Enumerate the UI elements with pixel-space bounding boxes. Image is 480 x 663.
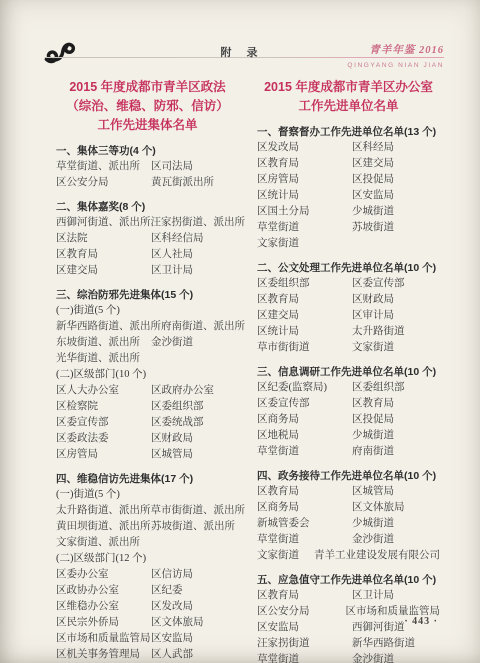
unit-name-row: 区房管局区投促局 bbox=[257, 172, 440, 188]
unit-name: 区科经局 bbox=[352, 140, 394, 156]
unit-name: 区教育局 bbox=[257, 156, 352, 172]
unit-name: 区财政局 bbox=[352, 292, 394, 308]
unit-name: 区教育局 bbox=[56, 247, 151, 263]
unit-name-row: 区统计局太升路街道 bbox=[257, 324, 440, 340]
unit-name: 区民宗外侨局 bbox=[56, 615, 151, 631]
unit-name: 区委组织部 bbox=[352, 380, 405, 396]
unit-name: 区法院 bbox=[56, 231, 151, 247]
unit-name: 区国土分局 bbox=[257, 204, 352, 220]
unit-name-row: 区委政法委区财政局 bbox=[56, 431, 239, 447]
unit-name-row: 文家街道、派出所 bbox=[56, 535, 239, 551]
unit-name: 草市街街道 bbox=[257, 340, 352, 356]
unit-name: 区公安分局 bbox=[257, 604, 346, 620]
unit-name: 金沙街道 bbox=[352, 652, 394, 663]
content-columns: 2015 年度成都市青羊区政法（综治、维稳、防邪、信访）工作先进集体名单一、集体… bbox=[56, 66, 440, 663]
unit-name-row: 区法院区科经信局 bbox=[56, 231, 239, 247]
unit-name: 区委统战部 bbox=[151, 415, 204, 431]
unit-name: 区文体旅局 bbox=[151, 615, 204, 631]
page-number: · 443 · bbox=[404, 616, 438, 627]
unit-name: 区科经信局 bbox=[151, 231, 204, 247]
right-column: 2015 年度成都市青羊区办公室工作先进单位名单一、督察督办工作先进单位名单(1… bbox=[257, 66, 440, 663]
unit-name: 黄田坝街道、派出所 bbox=[56, 519, 151, 535]
column-title-line: 工作先进集体名单 bbox=[56, 116, 239, 135]
unit-name: 区纪委 bbox=[151, 583, 183, 599]
unit-name-row: 草堂街道府南街道 bbox=[257, 444, 440, 460]
unit-name: 府南街道、派出所 bbox=[161, 319, 245, 335]
unit-name: 区检察院 bbox=[56, 399, 151, 415]
unit-name: 区安监局 bbox=[151, 631, 193, 647]
unit-name-row: 区委组织部区委宣传部 bbox=[257, 276, 440, 292]
unit-name-row: 区地税局少城街道 bbox=[257, 428, 440, 444]
unit-name: 区文体旅局 bbox=[352, 500, 405, 516]
unit-name: 草堂街道 bbox=[257, 532, 352, 548]
unit-name-row: 西御河街道、派出所汪家拐街道、派出所 bbox=[56, 215, 239, 231]
unit-name-row: 草市街街道文家街道 bbox=[257, 340, 440, 356]
unit-name: 区商务局 bbox=[257, 412, 352, 428]
section-heading: 三、信息调研工作先进单位名单(10 个) bbox=[257, 364, 440, 380]
unit-name: 少城街道 bbox=[352, 516, 394, 532]
column-title-line: 2015 年度成都市青羊区政法 bbox=[56, 78, 239, 97]
unit-name: 区房管局 bbox=[257, 172, 352, 188]
unit-name-row: 东坡街道、派出所金沙街道 bbox=[56, 335, 239, 351]
unit-name-row: 草堂街道、派出所区司法局 bbox=[56, 159, 239, 175]
unit-name-row: 文家街道 bbox=[257, 236, 440, 252]
unit-name: 区投促局 bbox=[352, 412, 394, 428]
unit-name-row: 太升路街道、派出所草市街街道、派出所 bbox=[56, 503, 239, 519]
section-heading: 一、督察督办工作先进单位名单(13 个) bbox=[257, 124, 440, 140]
unit-name: 黄瓦街派出所 bbox=[151, 175, 214, 191]
unit-name: 区教育局 bbox=[257, 484, 352, 500]
unit-name-row: 区统计局区安监局 bbox=[257, 188, 440, 204]
unit-name: 草堂街道 bbox=[257, 444, 352, 460]
unit-name: 草堂街道、派出所 bbox=[56, 159, 151, 175]
unit-name: 区人社局 bbox=[151, 247, 193, 263]
unit-name: 文家街道、派出所 bbox=[56, 535, 151, 551]
section-heading: 一、集体三等功(4 个) bbox=[56, 143, 239, 159]
unit-name: 区人大办公室 bbox=[56, 383, 151, 399]
unit-name: 区公安分局 bbox=[56, 175, 151, 191]
yearbook-title: 青羊年鉴 2016 bbox=[347, 42, 444, 57]
unit-name: 区纪委(监察局) bbox=[257, 380, 352, 396]
unit-name: 少城街道 bbox=[352, 428, 394, 444]
unit-name: 新华西路街道、派出所 bbox=[56, 319, 161, 335]
unit-name: 府南街道 bbox=[352, 444, 394, 460]
section: 一、督察督办工作先进单位名单(13 个)区发改局区科经局区教育局区建交局区房管局… bbox=[257, 124, 440, 252]
unit-name: 区教育局 bbox=[257, 588, 352, 604]
unit-name-row: 区教育局区人社局 bbox=[56, 247, 239, 263]
unit-name: 区商务局 bbox=[257, 500, 352, 516]
unit-name: 区城管局 bbox=[352, 484, 394, 500]
unit-name: 新华西路街道 bbox=[352, 636, 415, 652]
unit-name: 区委宣传部 bbox=[56, 415, 151, 431]
unit-name-row: 草堂街道金沙街道 bbox=[257, 652, 440, 663]
unit-name: 区委宣传部 bbox=[352, 276, 405, 292]
section: 三、信息调研工作先进单位名单(10 个)区纪委(监察局)区委组织部区委宣传部区教… bbox=[257, 364, 440, 460]
unit-name: 区建交局 bbox=[352, 156, 394, 172]
unit-name: 区卫计局 bbox=[352, 588, 394, 604]
unit-name: 太升路街道 bbox=[352, 324, 405, 340]
section: 四、政务接待工作先进单位名单(10 个)区教育局区城管局区商务局区文体旅局新城管… bbox=[257, 468, 440, 564]
unit-name-row: 区商务局区文体旅局 bbox=[257, 500, 440, 516]
unit-name: 区教育局 bbox=[257, 292, 352, 308]
unit-name-row: 区委宣传部区委统战部 bbox=[56, 415, 239, 431]
unit-name-row: 文家街道青羊工业建设发展有限公司 bbox=[257, 548, 440, 564]
section-heading: 二、公文处理工作先进单位名单(10 个) bbox=[257, 260, 440, 276]
unit-name: 汪家拐街道、派出所 bbox=[151, 215, 246, 231]
unit-name: 金沙街道 bbox=[151, 335, 193, 351]
section-heading: 二、集体嘉奖(8 个) bbox=[56, 199, 239, 215]
unit-name-row: 黄田坝街道、派出所苏坡街道、派出所 bbox=[56, 519, 239, 535]
unit-name-row: 光华街道、派出所 bbox=[56, 351, 239, 367]
unit-name: 区委办公室 bbox=[56, 567, 151, 583]
left-column: 2015 年度成都市青羊区政法（综治、维稳、防邪、信访）工作先进集体名单一、集体… bbox=[56, 66, 239, 663]
unit-name: 区教育局 bbox=[352, 396, 394, 412]
unit-name: 区市场和质量监管局 bbox=[56, 631, 151, 647]
section: 二、公文处理工作先进单位名单(10 个)区委组织部区委宣传部区教育局区财政局区建… bbox=[257, 260, 440, 356]
unit-name: 区审计局 bbox=[352, 308, 394, 324]
unit-name-row: 新城管委会少城街道 bbox=[257, 516, 440, 532]
unit-name: 区统计局 bbox=[257, 188, 352, 204]
unit-name: 区委组织部 bbox=[151, 399, 204, 415]
unit-name-row: 区发改局区科经局 bbox=[257, 140, 440, 156]
unit-name: 区投促局 bbox=[352, 172, 394, 188]
unit-name: 区维稳办公室 bbox=[56, 599, 151, 615]
unit-name: 区安监局 bbox=[352, 188, 394, 204]
section: 一、集体三等功(4 个)草堂街道、派出所区司法局区公安分局黄瓦街派出所 bbox=[56, 143, 239, 191]
unit-name: 区委宣传部 bbox=[257, 396, 352, 412]
unit-name-row: 区民宗外侨局区文体旅局 bbox=[56, 615, 239, 631]
unit-name: 金沙街道 bbox=[352, 532, 394, 548]
unit-name-row: 区维稳办公室区发改局 bbox=[56, 599, 239, 615]
unit-name: 苏坡街道 bbox=[352, 220, 394, 236]
column-title-line: （综治、维稳、防邪、信访） bbox=[56, 97, 239, 116]
unit-name: 新城管委会 bbox=[257, 516, 352, 532]
column-title: 2015 年度成都市青羊区政法（综治、维稳、防邪、信访）工作先进集体名单 bbox=[56, 78, 239, 135]
unit-name: 区房管局 bbox=[56, 447, 151, 463]
unit-name: 苏坡街道、派出所 bbox=[151, 519, 235, 535]
unit-name: 光华街道、派出所 bbox=[56, 351, 151, 367]
unit-name: 区统计局 bbox=[257, 324, 352, 340]
unit-name-row: 区国土分局少城街道 bbox=[257, 204, 440, 220]
unit-name: 区委政法委 bbox=[56, 431, 151, 447]
unit-name: 少城街道 bbox=[352, 204, 394, 220]
unit-name: 汪家拐街道 bbox=[257, 636, 352, 652]
unit-name-row: 区教育局区卫计局 bbox=[257, 588, 440, 604]
unit-name: 区政协办公室 bbox=[56, 583, 151, 599]
unit-name: 区财政局 bbox=[151, 431, 193, 447]
unit-name-row: 区公安分局黄瓦街派出所 bbox=[56, 175, 239, 191]
subsection-heading: (一)街道(5 个) bbox=[56, 487, 239, 503]
unit-name-row: 区纪委(监察局)区委组织部 bbox=[257, 380, 440, 396]
unit-name: 西御河街道 bbox=[352, 620, 405, 636]
column-title-line: 工作先进单位名单 bbox=[257, 97, 440, 116]
unit-name: 区城管局 bbox=[151, 447, 193, 463]
unit-name: 区安监局 bbox=[257, 620, 352, 636]
subsection-heading: (一)街道(5 个) bbox=[56, 303, 239, 319]
unit-name: 区地税局 bbox=[257, 428, 352, 444]
unit-name: 区司法局 bbox=[151, 159, 193, 175]
unit-name-row: 区委办公室区信访局 bbox=[56, 567, 239, 583]
unit-name: 区机关事务管理局 bbox=[56, 647, 151, 663]
unit-name: 西御河街道、派出所 bbox=[56, 215, 151, 231]
section-heading: 四、政务接待工作先进单位名单(10 个) bbox=[257, 468, 440, 484]
unit-name: 草市街街道、派出所 bbox=[151, 503, 246, 519]
section: 四、维稳信访先进集体(17 个)(一)街道(5 个)太升路街道、派出所草市街街道… bbox=[56, 471, 239, 663]
subsection-heading: (二)区级部门(10 个) bbox=[56, 367, 239, 383]
unit-name-row: 区政协办公室区纪委 bbox=[56, 583, 239, 599]
unit-name: 太升路街道、派出所 bbox=[56, 503, 151, 519]
unit-name-row: 区机关事务管理局区人武部 bbox=[56, 647, 239, 663]
unit-name-row: 新华西路街道、派出所府南街道、派出所 bbox=[56, 319, 239, 335]
unit-name-row: 区建交局区卫计局 bbox=[56, 263, 239, 279]
unit-name-row: 汪家拐街道新华西路街道 bbox=[257, 636, 440, 652]
unit-name: 草堂街道 bbox=[257, 220, 352, 236]
unit-name: 区信访局 bbox=[151, 567, 193, 583]
unit-name-row: 区检察院区委组织部 bbox=[56, 399, 239, 415]
unit-name-row: 区教育局区财政局 bbox=[257, 292, 440, 308]
unit-name: 文家街道 bbox=[352, 340, 394, 356]
yearbook-page: 附 录 青羊年鉴 2016 QINGYANG NIAN JIAN 2015 年度… bbox=[0, 0, 480, 663]
unit-name-row: 区商务局区投促局 bbox=[257, 412, 440, 428]
column-title: 2015 年度成都市青羊区办公室工作先进单位名单 bbox=[257, 78, 440, 116]
unit-name: 区发改局 bbox=[257, 140, 352, 156]
section: 二、集体嘉奖(8 个)西御河街道、派出所汪家拐街道、派出所区法院区科经信局区教育… bbox=[56, 199, 239, 279]
unit-name: 草堂街道 bbox=[257, 652, 352, 663]
unit-name-row: 区建交局区审计局 bbox=[257, 308, 440, 324]
unit-name: 区发改局 bbox=[151, 599, 193, 615]
section-heading: 三、综治防邪先进集体(15 个) bbox=[56, 287, 239, 303]
yearbook-masthead: 青羊年鉴 2016 QINGYANG NIAN JIAN bbox=[347, 42, 444, 69]
subsection-heading: (二)区级部门(12 个) bbox=[56, 551, 239, 567]
unit-name-row: 区市场和质量监管局区安监局 bbox=[56, 631, 239, 647]
unit-name: 区卫计局 bbox=[151, 263, 193, 279]
column-title-line: 2015 年度成都市青羊区办公室 bbox=[257, 78, 440, 97]
section: 三、综治防邪先进集体(15 个)(一)街道(5 个)新华西路街道、派出所府南街道… bbox=[56, 287, 239, 463]
unit-name-row: 草堂街道苏坡街道 bbox=[257, 220, 440, 236]
unit-name: 区人武部 bbox=[151, 647, 193, 663]
unit-name: 区建交局 bbox=[257, 308, 352, 324]
unit-name: 东坡街道、派出所 bbox=[56, 335, 151, 351]
unit-name: 区委组织部 bbox=[257, 276, 352, 292]
unit-name-row: 区人大办公室区政府办公室 bbox=[56, 383, 239, 399]
unit-name: 文家街道 bbox=[257, 548, 314, 564]
page-header: 附 录 青羊年鉴 2016 QINGYANG NIAN JIAN bbox=[0, 0, 480, 66]
unit-name-row: 区房管局区城管局 bbox=[56, 447, 239, 463]
unit-name-row: 区委宣传部区教育局 bbox=[257, 396, 440, 412]
unit-name-row: 草堂街道金沙街道 bbox=[257, 532, 440, 548]
unit-name: 区建交局 bbox=[56, 263, 151, 279]
unit-name-row: 区教育局区建交局 bbox=[257, 156, 440, 172]
section-heading: 五、应急值守工作先进单位名单(10 个) bbox=[257, 572, 440, 588]
unit-name: 文家街道 bbox=[257, 236, 352, 252]
section-heading: 四、维稳信访先进集体(17 个) bbox=[56, 471, 239, 487]
unit-name: 青羊工业建设发展有限公司 bbox=[314, 548, 440, 564]
unit-name-row: 区教育局区城管局 bbox=[257, 484, 440, 500]
unit-name: 区政府办公室 bbox=[151, 383, 214, 399]
